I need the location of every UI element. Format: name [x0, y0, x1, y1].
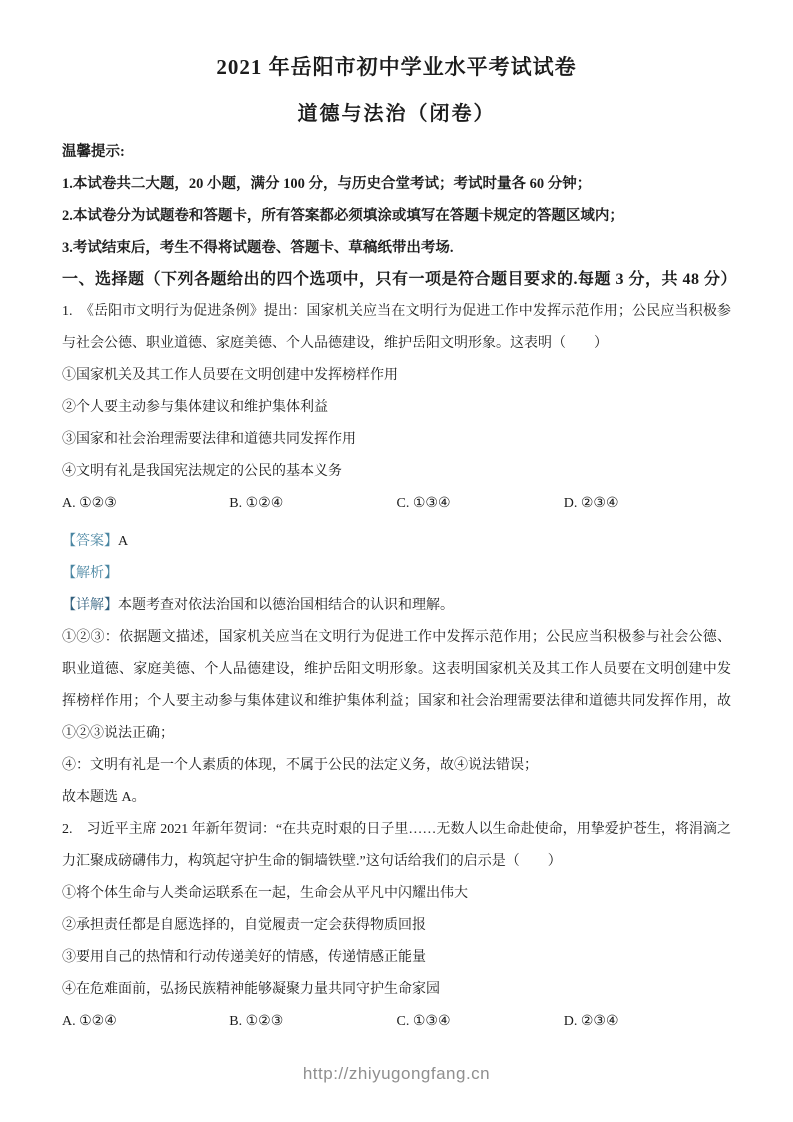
question-1-option-c: C. ①③④ [397, 488, 564, 520]
question-2-option-d: D. ②③④ [564, 1006, 731, 1038]
question-1-detail-para-1: ①②③：依据题文描述，国家机关应当在文明行为促进工作中发挥示范作用；公民应当积极… [62, 622, 731, 750]
question-1-option-d: D. ②③④ [564, 488, 731, 520]
answer-label: 【答案】 [62, 534, 118, 549]
question-1-detail-line: 【详解】本题考查对依法治国和以德治国相结合的认识和理解。 [62, 590, 731, 622]
question-1-conclusion: 故本题选 A。 [62, 782, 731, 814]
question-2-statement-4: ④在危难面前，弘扬民族精神能够凝聚力量共同守护生命家园 [62, 974, 731, 1006]
analysis-label: 【解析】 [62, 566, 118, 581]
notice-block: 温馨提示: 1.本试卷共二大题，20 小题，满分 100 分，与历史合堂考试；考… [62, 136, 731, 264]
question-1-options: A. ①②③ B. ①②④ C. ①③④ D. ②③④ [62, 488, 731, 520]
question-2-statement-1: ①将个体生命与人类命运联系在一起，生命会从平凡中闪耀出伟大 [62, 878, 731, 910]
question-2: 2. 习近平主席 2021 年新年贺词：“在共克时艰的日子里……无数人以生命赴使… [62, 814, 731, 1038]
question-1-statement-4: ④文明有礼是我国宪法规定的公民的基本义务 [62, 456, 731, 488]
question-1-option-a: A. ①②③ [62, 488, 229, 520]
question-1-statement-2: ②个人要主动参与集体建议和维护集体利益 [62, 392, 731, 424]
section-header-choice-questions: 一、选择题（下列各题给出的四个选项中，只有一项是符合题目要求的.每题 3 分，共… [62, 264, 731, 296]
question-1-statement-1: ①国家机关及其工作人员要在文明创建中发挥榜样作用 [62, 360, 731, 392]
page-title: 2021 年岳阳市初中学业水平考试试卷 [62, 52, 731, 82]
exam-paper-page: 2021 年岳阳市初中学业水平考试试卷 道德与法治（闭卷） 温馨提示: 1.本试… [0, 0, 793, 1122]
detail-intro: 本题考查对依法治国和以德治国相结合的认识和理解。 [118, 598, 454, 613]
question-2-option-a: A. ①②④ [62, 1006, 229, 1038]
question-2-option-c: C. ①③④ [397, 1006, 564, 1038]
question-1-answer-line: 【答案】A [62, 526, 731, 558]
footer-watermark-url: http://zhiyugongfang.cn [62, 1064, 731, 1084]
question-1-detail-para-2: ④：文明有礼是一个人素质的体现，不属于公民的法定义务，故④说法错误； [62, 750, 731, 782]
question-2-stem: 2. 习近平主席 2021 年新年贺词：“在共克时艰的日子里……无数人以生命赴使… [62, 814, 731, 878]
detail-label: 【详解】 [62, 598, 118, 613]
question-2-option-b: B. ①②③ [229, 1006, 396, 1038]
question-2-statement-2: ②承担责任都是自愿选择的，自觉履责一定会获得物质回报 [62, 910, 731, 942]
notice-heading: 温馨提示: [62, 136, 731, 168]
page-subtitle: 道德与法治（闭卷） [62, 100, 731, 128]
question-1-stem: 1. 《岳阳市文明行为促进条例》提出：国家机关应当在文明行为促进工作中发挥示范作… [62, 296, 731, 360]
notice-item-1: 1.本试卷共二大题，20 小题，满分 100 分，与历史合堂考试；考试时量各 6… [62, 168, 731, 200]
question-2-statement-3: ③要用自己的热情和行动传递美好的情感，传递情感正能量 [62, 942, 731, 974]
question-1-analysis-line: 【解析】 [62, 558, 731, 590]
answer-value: A [118, 534, 128, 549]
notice-item-2: 2.本试卷分为试题卷和答题卡，所有答案都必须填涂或填写在答题卡规定的答题区域内； [62, 200, 731, 232]
question-2-options: A. ①②④ B. ①②③ C. ①③④ D. ②③④ [62, 1006, 731, 1038]
notice-item-3: 3.考试结束后，考生不得将试题卷、答题卡、草稿纸带出考场. [62, 232, 731, 264]
question-1-option-b: B. ①②④ [229, 488, 396, 520]
question-1: 1. 《岳阳市文明行为促进条例》提出：国家机关应当在文明行为促进工作中发挥示范作… [62, 296, 731, 814]
question-1-statement-3: ③国家和社会治理需要法律和道德共同发挥作用 [62, 424, 731, 456]
